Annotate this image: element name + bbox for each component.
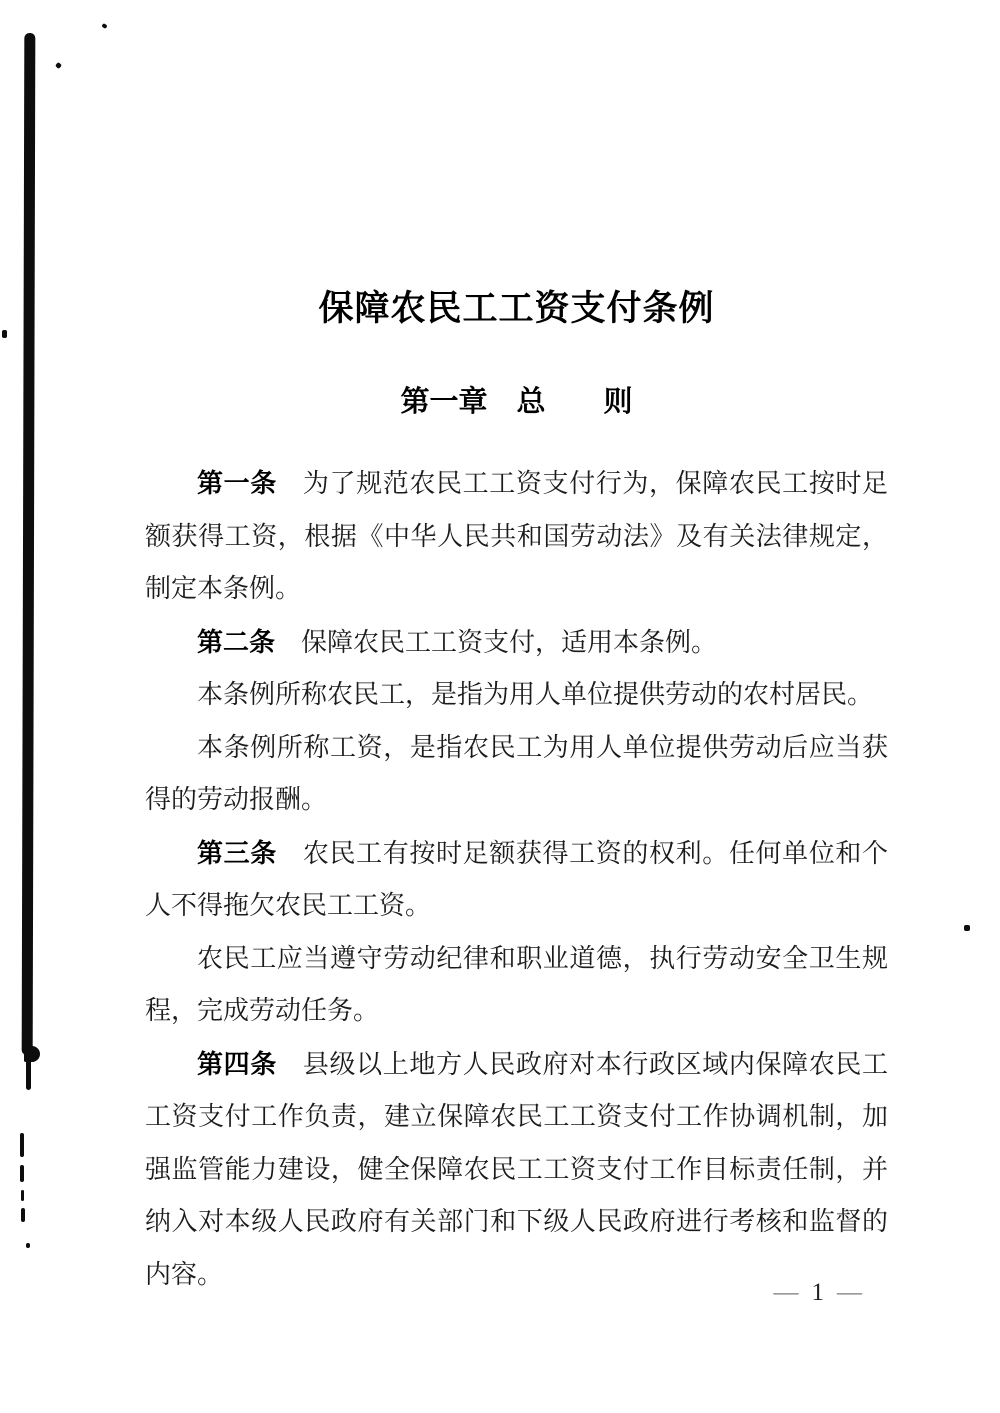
scan-binding-bar [22,33,36,1055]
page-number: 1 [812,1278,825,1308]
scan-edge-tick [2,330,7,338]
article-paragraph: 农民工应当遵守劳动纪律和职业道德，执行劳动安全卫生规程，完成劳动任务。 [145,933,888,1038]
page-number-footer: — 1 — [774,1278,863,1308]
scan-speckle [964,925,970,931]
paragraph-text: 本条例所称工资，是指农民工为用人单位提供劳动后应当获得的劳动报酬。 [145,733,888,815]
scan-speckle [26,1243,30,1248]
article-paragraph: 第一条为了规范农民工工资支付行为，保障农民工按时足额获得工资，根据《中华人民共和… [145,457,888,616]
article-number-label: 第三条 [197,838,277,868]
paragraph-text: 县级以上地方人民政府对本行政区域内保障农民工工资支付工作负责，建立保障农民工工资… [145,1050,888,1289]
chapter-heading: 第一章 总 则 [145,385,888,419]
scan-binding-bar-tail [26,1058,31,1090]
document-body: 第一条为了规范农民工工资支付行为，保障农民工按时足额获得工资，根据《中华人民共和… [145,457,888,1301]
document-title: 保障农民工工资支付条例 [145,289,888,329]
article-paragraph: 第四条县级以上地方人民政府对本行政区域内保障农民工工资支付工作负责，建立保障农民… [145,1038,888,1302]
article-number-label: 第四条 [197,1049,277,1079]
article-paragraph: 本条例所称农民工，是指为用人单位提供劳动的农村居民。 [145,669,888,722]
article-paragraph: 第三条农民工有按时足额获得工资的权利。任何单位和个人不得拖欠农民工工资。 [145,827,888,933]
scan-edge-dash [20,1133,24,1157]
scan-speckle [101,23,107,29]
document-content: 保障农民工工资支付条例 第一章 总 则 第一条为了规范农民工工资支付行为，保障农… [145,0,888,1301]
article-paragraph: 第二条保障农民工工资支付，适用本条例。 [145,616,888,670]
footer-dash-left: — [774,1278,799,1308]
article-number-label: 第二条 [197,627,275,657]
article-paragraph: 本条例所称工资，是指农民工为用人单位提供劳动后应当获得的劳动报酬。 [145,722,888,827]
scan-arrow-blob [17,1104,35,1117]
scan-edge-dash [21,1190,24,1201]
paragraph-text: 农民工应当遵守劳动纪律和职业道德，执行劳动安全卫生规程，完成劳动任务。 [145,944,888,1026]
scan-edge-dash [21,1208,25,1222]
document-page: 保障农民工工资支付条例 第一章 总 则 第一条为了规范农民工工资支付行为，保障农… [0,0,1000,1413]
scan-speckle [55,62,62,69]
paragraph-text: 本条例所称农民工，是指为用人单位提供劳动的农村居民。 [197,680,873,709]
article-number-label: 第一条 [197,468,277,498]
scan-edge-dash [20,1165,24,1182]
footer-dash-right: — [837,1278,862,1308]
paragraph-text: 保障农民工工资支付，适用本条例。 [301,628,717,657]
